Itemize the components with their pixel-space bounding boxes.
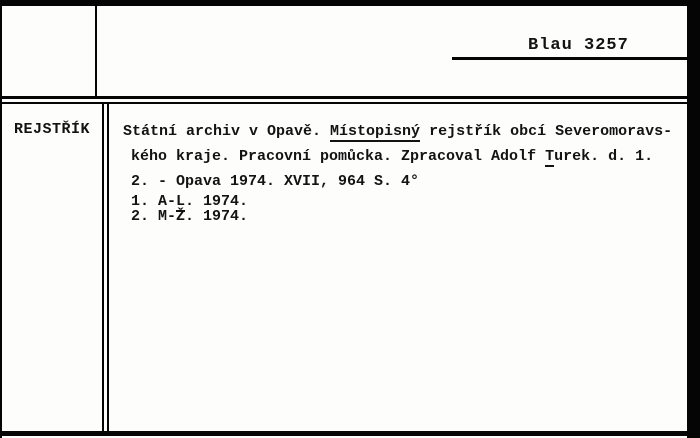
text-segment: rejstřík obcí Severomoravs- [420,123,672,140]
call-number-rule [452,57,687,60]
scan-edge-left [0,0,2,438]
catalog-card-scan: { "card": { "header_number": "Blau 3257"… [0,0,700,438]
text-segment: 2. M-Ž. 1974. [131,208,248,225]
underlined-text: Místopisný [330,123,420,142]
category-label: REJSTŘÍK [14,121,90,138]
header-divider-thick-rule [0,96,700,99]
body-line: kého kraje. Pracovní pomůcka. Zpracoval … [123,144,672,169]
text-segment: Státní archiv v Opavě. [123,123,330,140]
scan-edge-top [0,0,700,6]
body-line: 1. A-L. 1974. [123,194,672,209]
header-divider-thin-rule [0,102,700,104]
scan-edge-bottom [0,431,700,436]
column-divider-rule-outer [102,103,104,433]
body-line: Státní archiv v Opavě. Místopisný rejstř… [123,119,672,144]
text-segment: kého kraje. Pracovní pomůcka. Zpracoval … [131,148,545,165]
underlined-text: T [545,148,554,167]
body-line: 2. M-Ž. 1974. [123,209,672,224]
body-text: Státní archiv v Opavě. Místopisný rejstř… [123,119,672,224]
text-segment: 2. - Opava 1974. XVII, 964 S. 4° [131,173,419,190]
column-divider-rule-inner [107,103,109,433]
top-column-rule [95,6,97,98]
call-number: Blau 3257 [528,36,629,55]
scan-edge-right [687,0,700,438]
text-segment: urek. d. 1. [554,148,653,165]
body-line: 2. - Opava 1974. XVII, 964 S. 4° [123,169,672,194]
